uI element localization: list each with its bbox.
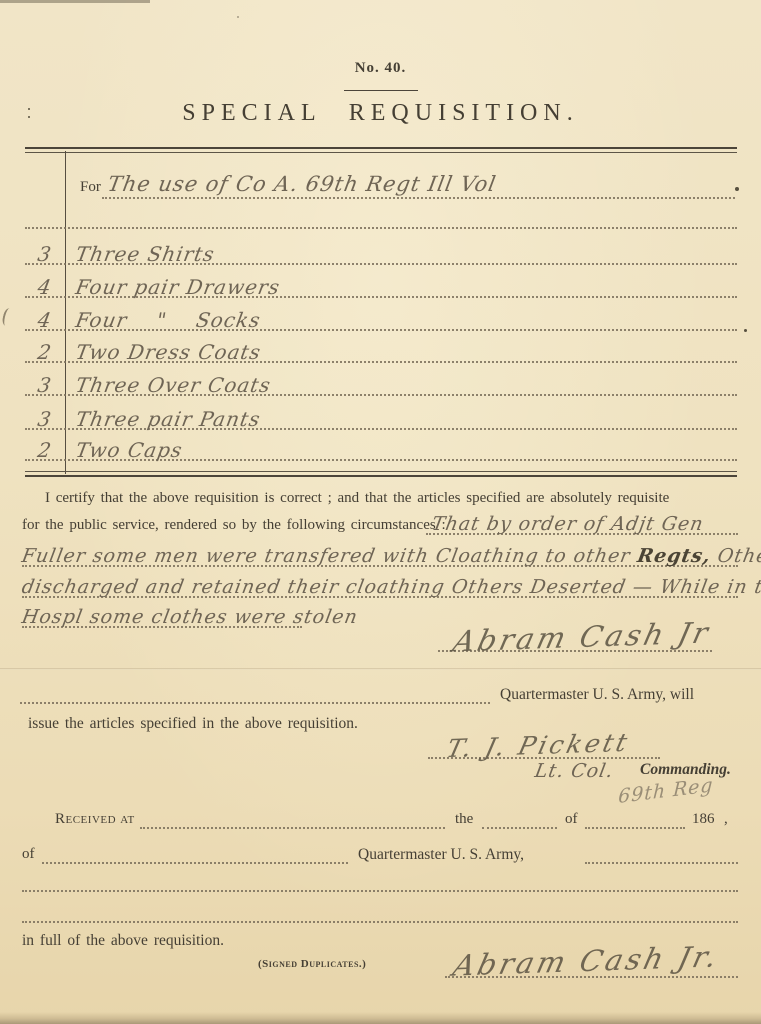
dotted-rule [102, 197, 735, 199]
item-qty: 2 [36, 438, 54, 462]
dotted-rule [42, 862, 348, 864]
dotted-rule [25, 227, 737, 229]
item-desc: Two Caps [74, 438, 185, 462]
fold-crease [0, 668, 761, 670]
item-qty: 3 [36, 407, 54, 431]
certify-handwriting-line2: Fuller some men were transfered with Clo… [20, 545, 761, 567]
dotted-rule [482, 827, 557, 829]
item-desc: Three pair Pants [74, 407, 263, 431]
certify-handwriting-inline: That by order of Adjt Gen [430, 513, 705, 535]
of2-label: of [22, 846, 35, 863]
table-top-rule [25, 147, 737, 153]
issue-line: issue the articles specified in the abov… [28, 715, 358, 733]
received-label: Received at [55, 811, 135, 828]
dotted-rule [22, 890, 738, 892]
ink-speck [744, 329, 747, 332]
signed-duplicates-label: (Signed Duplicates.) [258, 958, 366, 970]
dotted-rule [20, 702, 490, 704]
requisition-form-page: No. 40. SPECIAL REQUISITION. For The use… [0, 0, 761, 1024]
receiver-signature: Abram Cash Jr. [450, 939, 723, 982]
pen-stroke-mark [1, 307, 14, 327]
for-label: For [80, 179, 101, 196]
dotted-rule [140, 827, 445, 829]
form-number: No. 40. [0, 60, 761, 77]
item-desc: Three Over Coats [74, 373, 273, 397]
commanding-label: Commanding. [640, 761, 731, 779]
paper-speck [237, 16, 239, 18]
quartermaster-will-label: Quartermaster U. S. Army, will [500, 686, 694, 704]
item-qty: 3 [36, 242, 54, 266]
the-label: the [455, 811, 473, 828]
table-bottom-rule [25, 471, 737, 477]
item-qty: 4 [36, 308, 54, 332]
certify-handwriting-line4: Hospl some clothes were stolen [20, 606, 360, 628]
item-qty: 3 [36, 373, 54, 397]
form-title: SPECIAL REQUISITION. [0, 100, 761, 127]
item-desc: Four " Socks [74, 308, 263, 332]
scan-edge-bottom [0, 1012, 761, 1024]
ink-speck [735, 187, 739, 191]
item-qty: 2 [36, 340, 54, 364]
in-full-label: in full of the above requisition. [22, 932, 224, 950]
certify-line1: I certify that the above requisition is … [45, 490, 669, 507]
comma-printed: , [724, 811, 728, 828]
qty-column-rule [65, 151, 66, 474]
item-desc: Two Dress Coats [74, 340, 263, 364]
certifier-signature: Abram Cash Jr [450, 616, 714, 659]
officer-rank-handwriting: Lt. Col. [533, 760, 615, 782]
regiment-pencil-note: 69th Reg [618, 774, 714, 808]
item-desc: Three Shirts [74, 242, 217, 266]
of-label: of [565, 811, 578, 828]
dotted-rule [585, 827, 685, 829]
certify-handwriting-line3: discharged and retained their cloathing … [20, 576, 761, 598]
certify-line2: for the public service, rendered so by t… [22, 517, 446, 534]
item-qty: 4 [36, 275, 54, 299]
dotted-rule [585, 862, 738, 864]
dotted-rule [22, 921, 738, 923]
certify-hw-line2-pre: Fuller some men were transfered with Clo… [20, 545, 639, 567]
year-printed: 186 [692, 811, 715, 828]
certify-hw-line2-bold: Regts, [636, 545, 713, 567]
item-desc: Four pair Drawers [74, 275, 282, 299]
certify-hw-line2-post: Others were [709, 545, 761, 567]
form-number-rule [344, 90, 418, 91]
quartermaster-label: Quartermaster U. S. Army, [358, 846, 524, 864]
scan-edge-top [0, 0, 150, 3]
for-value-handwriting: The use of Co A. 69th Regt Ill Vol [106, 172, 498, 196]
officer-signature: T. J. Pickett [444, 728, 633, 763]
